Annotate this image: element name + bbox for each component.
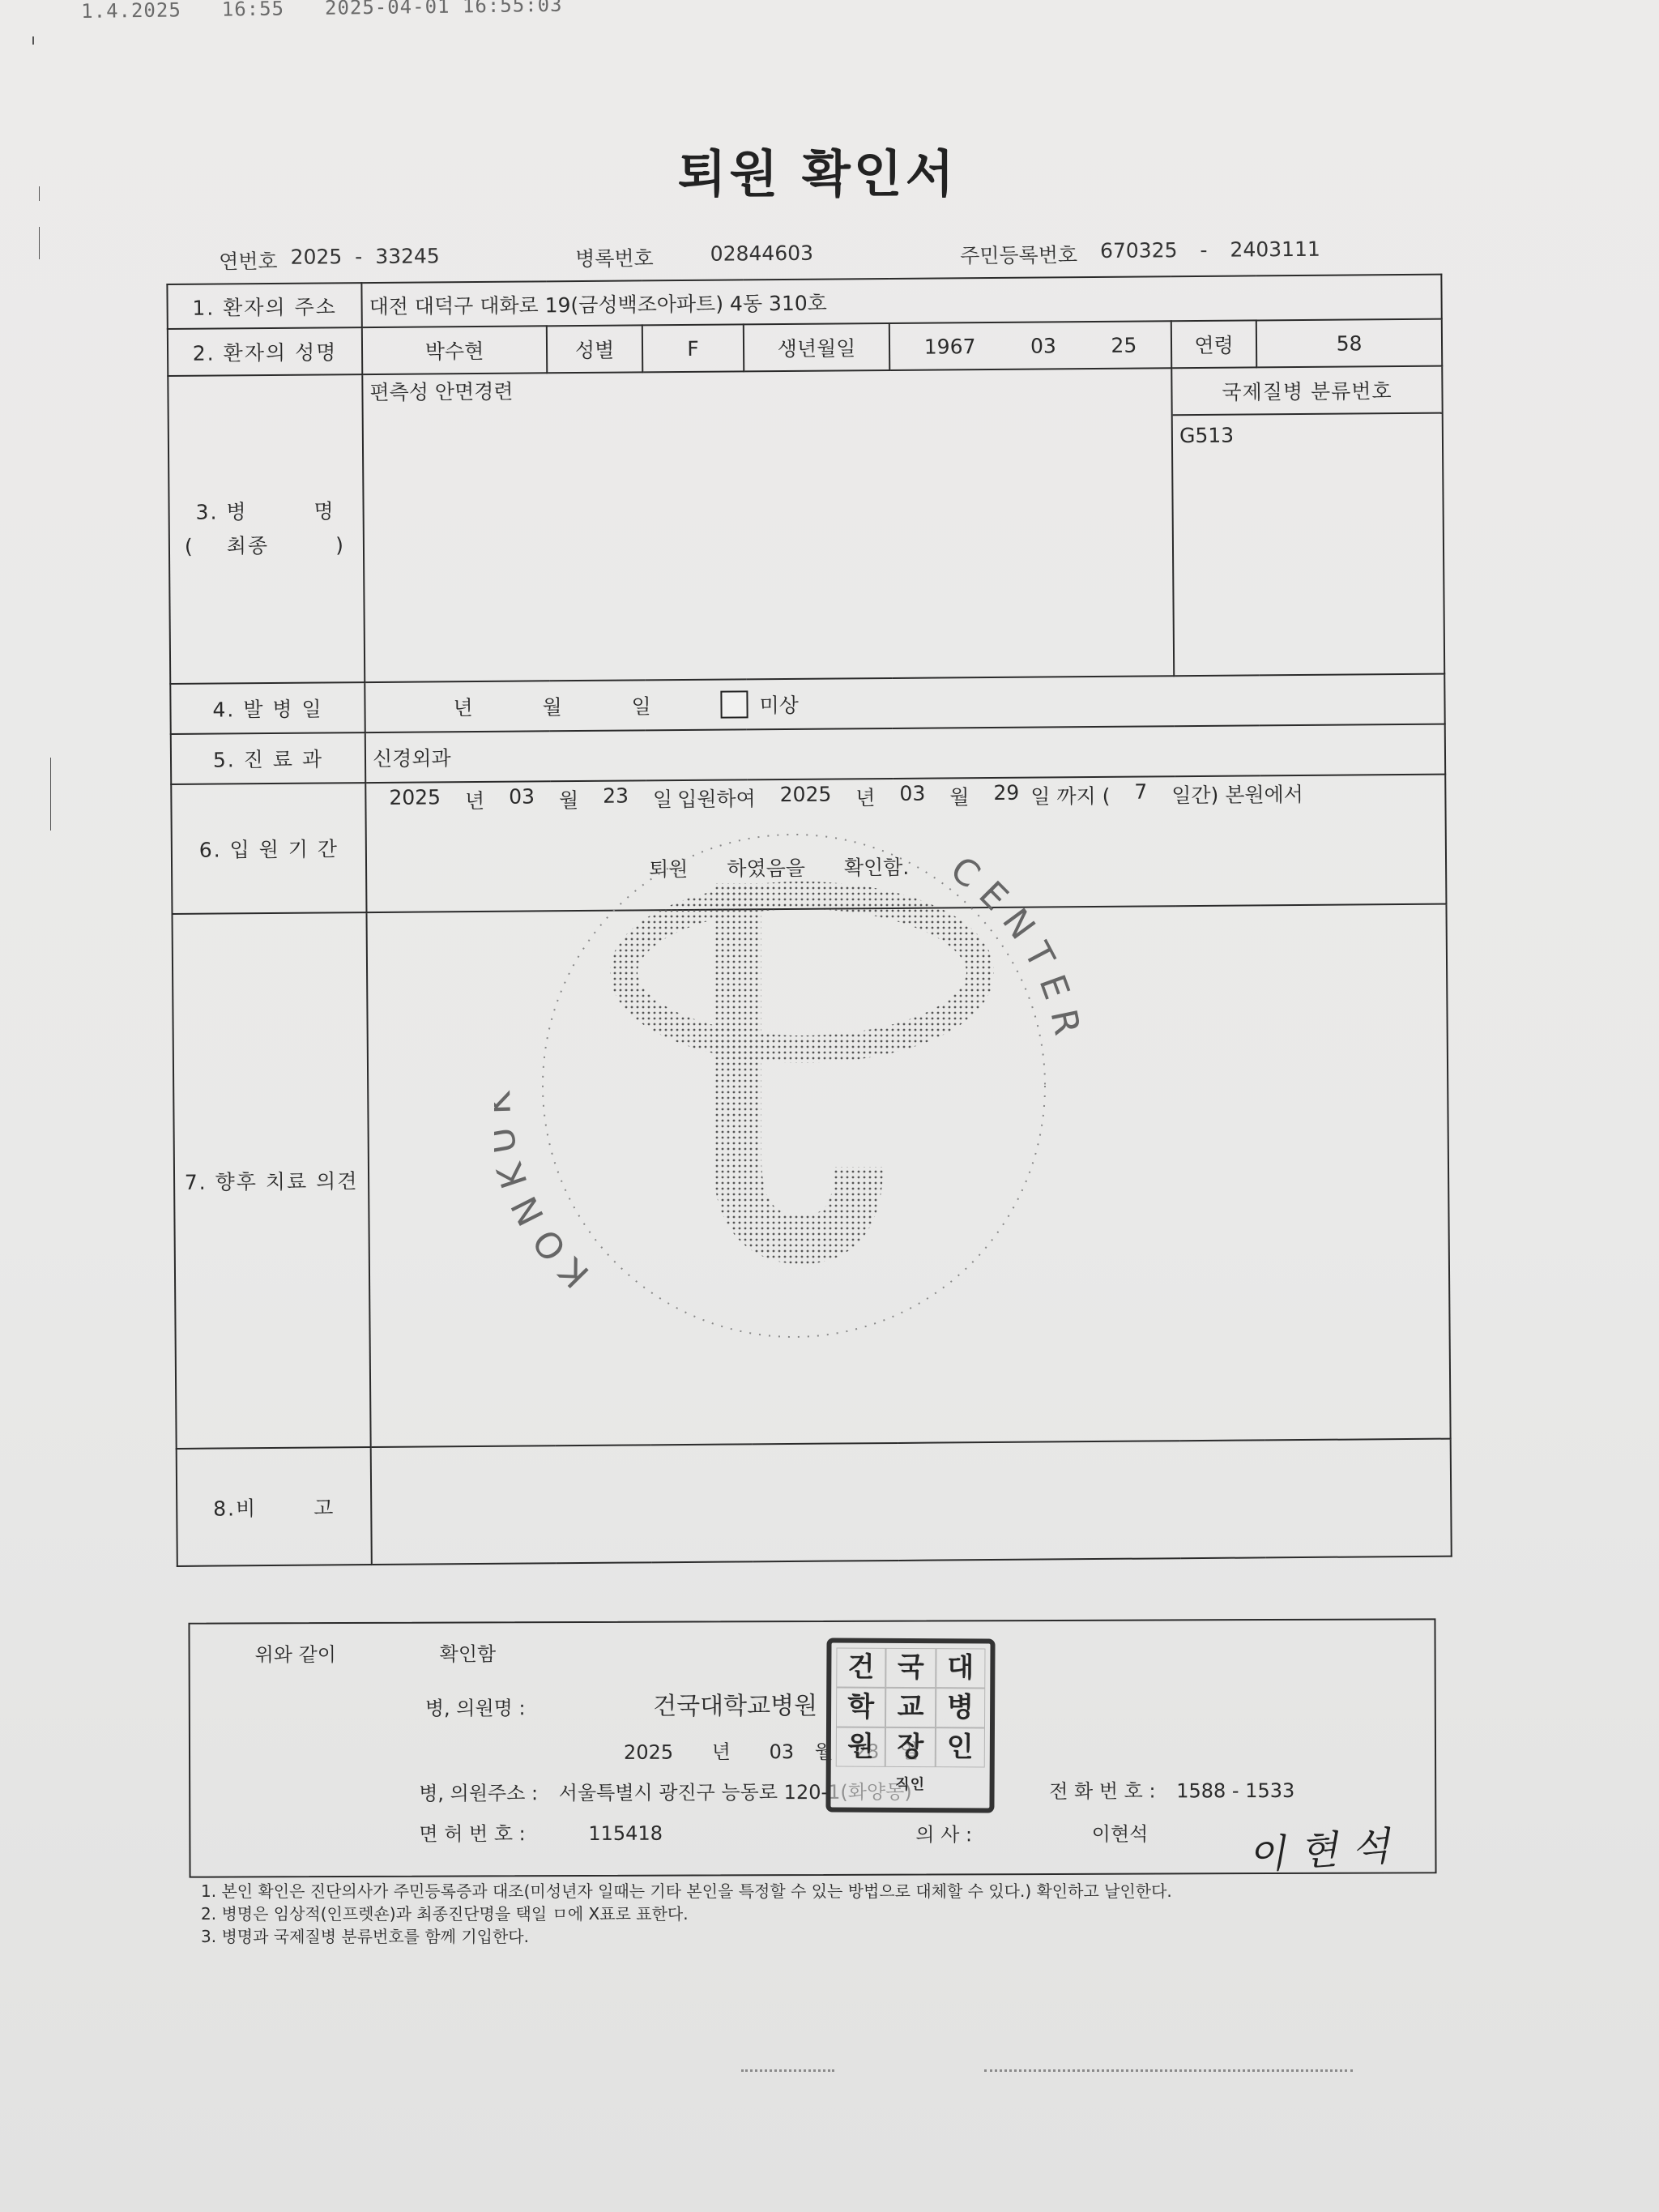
admit-day: 23 [603, 784, 629, 813]
period-row: 6. 입 원 기 간 2025 년 03 월 23 일 입원하여 2025 년 … [171, 775, 1446, 914]
edge-mark [39, 227, 40, 259]
diagnosis-value: 편측성 안면경련 [362, 368, 1174, 682]
footnote-1: 1. 본인 확인은 진단의사가 주민등록증과 대조(미성년자 일때는 기타 본인… [201, 1880, 1172, 1902]
diagnosis-label-paren-close: ) [335, 528, 345, 562]
dob-day: 25 [1111, 333, 1137, 357]
license-line: 면 허 번 호 : 115418 [419, 1817, 677, 1847]
remarks-value [371, 1439, 1452, 1565]
onset-month-unit: 월 [542, 691, 631, 721]
footnotes: 1. 본인 확인은 진단의사가 주민등록증과 대조(미성년자 일때는 기타 본인… [201, 1880, 1172, 1948]
dob-label: 생년월일 [744, 323, 889, 371]
remarks-label: 8.비 고 [177, 1447, 372, 1566]
page-title: 퇴원 확인서 [0, 134, 1659, 206]
confirm-date-year-unit: 년 [712, 1740, 731, 1763]
patient-name: 박수현 [362, 326, 547, 374]
onset-day-unit: 일 [631, 690, 720, 720]
phone-value: 1588 - 1533 [1176, 1779, 1294, 1803]
opinion-row: 7. 향후 치료 의견 [173, 904, 1451, 1449]
phone-line: 전 화 번 호 : 1588 - 1533 [1049, 1774, 1309, 1804]
age-value: 58 [1256, 319, 1442, 368]
discharge-year: 2025 [780, 783, 832, 812]
sex-label: 성별 [547, 325, 642, 373]
confirm-date-year: 2025 [624, 1741, 673, 1764]
period-line2-a: 퇴원 [649, 857, 689, 881]
icd-cell: 국제질병 분류번호 G513 [1171, 366, 1444, 677]
seal-char: 건 [836, 1648, 886, 1688]
year-unit: 년 [855, 782, 875, 811]
icd-code: G513 [1173, 414, 1442, 456]
onset-value: 년 월 일 미상 [365, 674, 1444, 732]
month-unit: 월 [949, 781, 969, 810]
period-label: 6. 입 원 기 간 [171, 783, 366, 914]
month-unit: 월 [559, 784, 578, 813]
remarks-label-a: 8.비 [213, 1497, 257, 1520]
dob-year: 1967 [924, 335, 976, 358]
confirm-line: 위와 같이 확인함 [255, 1638, 511, 1667]
seal-char: 대 [936, 1648, 986, 1688]
address-label: 병, 의원주소 : [419, 1782, 538, 1805]
serial-number-group: 연번호 2025 - 33245 [219, 243, 575, 275]
remarks-label-b: 고 [313, 1496, 335, 1519]
seal-char: 원 [836, 1727, 886, 1766]
dotted-line [984, 2069, 1353, 2072]
confirm-text-a: 위와 같이 [255, 1643, 336, 1666]
rrn-label: 주민등록번호 [960, 239, 1077, 269]
admit-text: 입원하여 [677, 783, 756, 813]
serial-year: 2025 [290, 245, 342, 274]
discharge-form: 연번호 2025 - 33245 병록번호 02844603 주민등록번호 67… [166, 233, 1452, 1567]
name-label: 2. 환자의 성명 [168, 327, 362, 376]
onset-unknown-checkbox[interactable] [720, 690, 748, 718]
doctor-label: 의 사 : [915, 1823, 972, 1846]
discharge-month: 03 [899, 782, 925, 811]
stay-days: 7 [1134, 780, 1147, 809]
license-value: 115418 [588, 1822, 663, 1845]
footnote-2: 2. 병명은 임상적(인프렛숀)과 최종진단명을 택일 ㅁ에 X표로 표한다. [201, 1902, 1172, 1925]
opinion-label: 7. 향후 치료 의견 [173, 912, 371, 1449]
seal-char: 병 [936, 1688, 986, 1727]
confirm-date-month: 03 [770, 1740, 795, 1763]
record-number: 02844603 [710, 241, 814, 271]
footnote-3: 3. 병명과 국제질병 분류번호를 함께 기입한다. [201, 1925, 1172, 1948]
seal-footer: 직인 [836, 1766, 985, 1803]
diagnosis-row: 3. 병명 (최종) 편측성 안면경련 국제질병 분류번호 G513 [168, 366, 1444, 684]
hospital-line: 병, 의원명 : 건국대학교병원 [425, 1685, 832, 1723]
doctor-signature: 이현석 [1246, 1813, 1405, 1880]
day-unit: 일 [653, 784, 672, 813]
sex-value: F [642, 324, 744, 372]
diagnosis-label-b: 명 [313, 494, 335, 528]
dotted-line [741, 2069, 834, 2072]
fax-date: 1.4.2025 [81, 0, 181, 23]
address-label: 1. 환자의 주소 [167, 283, 361, 329]
year-unit: 년 [465, 785, 484, 814]
license-label: 면 허 번 호 : [419, 1822, 525, 1845]
official-seal: 건 국 대 학 교 병 원 장 인 직인 [825, 1638, 995, 1813]
rrn-back: 2403111 [1230, 237, 1320, 267]
phone-label: 전 화 번 호 : [1049, 1780, 1155, 1803]
remarks-row: 8.비 고 [177, 1439, 1452, 1566]
diagnosis-label-a: 3. 병 [195, 495, 247, 530]
icd-label: 국제질병 분류번호 [1172, 367, 1441, 416]
doctor-name: 이현석 [1092, 1823, 1149, 1846]
department-value: 신경외과 [365, 724, 1445, 783]
seal-char: 교 [885, 1688, 936, 1727]
period-value: 2025 년 03 월 23 일 입원하여 2025 년 03 월 29 일 까… [365, 775, 1446, 912]
diagnosis-label: 3. 병명 (최종) [168, 374, 365, 684]
hospital-label: 병, 의원명 : [425, 1697, 526, 1719]
rrn-group: 주민등록번호 670325 - 2403111 [960, 237, 1320, 269]
period-line2-b: 하였음을 [727, 856, 805, 881]
serial-label: 연번호 [219, 246, 278, 275]
seal-char: 학 [836, 1687, 886, 1727]
discharge-day: 29 [993, 781, 1019, 810]
form-table: 1. 환자의 주소 대전 대덕구 대화로 19(금성백조아파트) 4동 310호… [166, 274, 1452, 1567]
onset-unknown-label: 미상 [759, 690, 799, 719]
diagnosis-label-final: 최종 [227, 529, 270, 563]
seal-char: 인 [935, 1727, 985, 1767]
confirm-text-b: 확인함 [440, 1642, 497, 1665]
rrn-front: 670325 [1100, 238, 1178, 268]
serial-separator: - [355, 245, 362, 274]
record-number-group: 병록번호 02844603 [575, 240, 960, 272]
age-label: 연령 [1171, 320, 1256, 368]
edge-mark [50, 758, 51, 831]
edge-mark [32, 36, 34, 45]
admit-month: 03 [509, 784, 535, 813]
department-label: 5. 진 료 과 [171, 732, 365, 784]
seal-char: 국 [886, 1648, 936, 1688]
rrn-separator: - [1200, 238, 1207, 267]
seal-char: 장 [885, 1727, 936, 1767]
dob-month: 03 [1030, 334, 1056, 357]
fax-time: 16:55 [222, 0, 285, 21]
until-text: 일 까지 ( [1030, 780, 1110, 810]
form-top-info: 연번호 2025 - 33245 병록번호 02844603 주민등록번호 67… [166, 233, 1442, 275]
serial-number: 33245 [375, 244, 440, 274]
doctor-line: 의 사 : 이현석 [915, 1817, 1162, 1847]
onset-label: 4. 발 병 일 [170, 682, 365, 734]
diagnosis-label-paren-open: ( [185, 530, 194, 564]
opinion-value [366, 904, 1450, 1447]
fax-timestamp: 2025-04-01 16:55:03 [325, 0, 563, 19]
days-text: 일간) 본원에서 [1171, 779, 1303, 809]
fax-header: 1.4.202516:552025-04-01 16:55:03 [81, 0, 603, 23]
dob-value: 1967 03 25 [889, 321, 1172, 370]
hospital-name: 건국대학교병원 [653, 1692, 817, 1721]
period-line2-c: 확인함. [844, 856, 910, 880]
admit-year: 2025 [389, 785, 441, 814]
document-page: 1.4.202516:552025-04-01 16:55:03 퇴원 확인서 … [0, 0, 1659, 2212]
onset-year-unit: 년 [453, 691, 542, 721]
record-label: 병록번호 [575, 242, 654, 272]
